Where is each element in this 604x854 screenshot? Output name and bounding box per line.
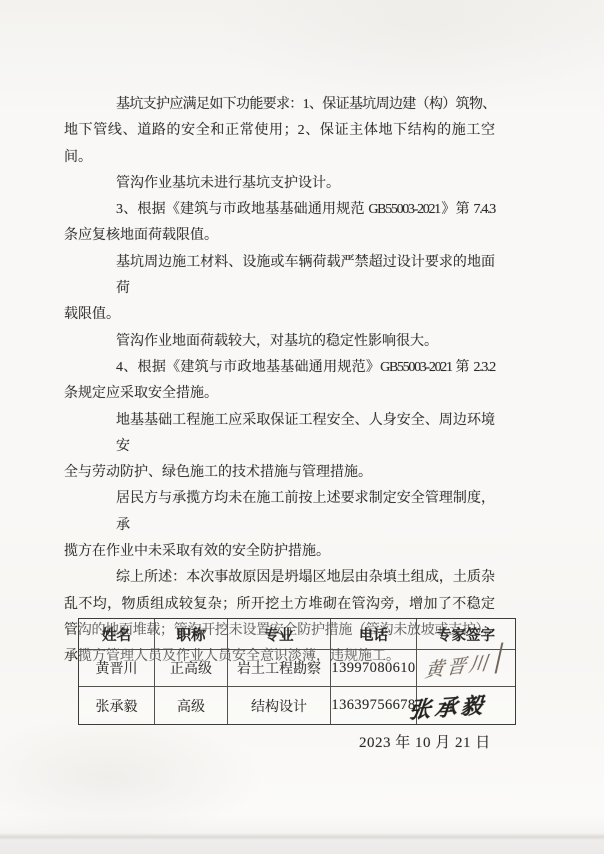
text-line: 乱不均，物质组成较复杂；所开挖土方堆砌在管沟旁，增加了不稳定 bbox=[64, 592, 495, 618]
table-cell-phone: 13997080610 bbox=[331, 650, 417, 687]
text-line: 4、根据《建筑与市政地基基础通用规范》GB55003-2021 第 2.3.2 bbox=[64, 355, 495, 381]
text-line: 地基基础工程施工应采取保证工程安全、人身安全、周边环境安 bbox=[64, 408, 495, 461]
table-cell-name: 黄晋川 bbox=[79, 650, 155, 687]
text-line: 条规定应采取安全措施。 bbox=[64, 381, 495, 407]
handwritten-signature: 黄晋川 bbox=[424, 648, 493, 684]
table-cell-title: 高级 bbox=[155, 687, 228, 724]
table-cell-signature: 张承毅 bbox=[417, 687, 515, 724]
text-line: 基坑支护应满足如下功能要求：1、保证基坑周边建（构）筑物、 bbox=[64, 92, 495, 118]
table-header-specialty: 专业 bbox=[228, 619, 331, 650]
text-line: 间。 bbox=[64, 145, 495, 171]
scanned-document-page: 基坑支护应满足如下功能要求：1、保证基坑周边建（构）筑物、 地下管线、道路的安全… bbox=[0, 0, 604, 854]
report-body-text: 基坑支护应满足如下功能要求：1、保证基坑周边建（构）筑物、 地下管线、道路的安全… bbox=[64, 92, 495, 671]
table-cell-phone: 13639756678 bbox=[331, 687, 417, 724]
text-line: 综上所述：本次事故原因是坍塌区地层由杂填土组成，土质杂 bbox=[64, 565, 495, 591]
text-line: 3、根据《建筑与市政地基基础通用规范 GB55003-2021》第 7.4.3 bbox=[64, 197, 495, 223]
report-date: 2023 年 10 月 21 日 bbox=[359, 731, 491, 752]
table-header-signature: 专家签字 bbox=[417, 619, 515, 650]
table-cell-signature: 黄晋川 bbox=[417, 650, 515, 687]
handwritten-signature: 张承毅 bbox=[407, 688, 488, 725]
text-line: 居民方与承揽方均未在施工前按上述要求制定安全管理制度，承 bbox=[64, 486, 495, 539]
text-line: 地下管线、道路的安全和正常使用；2、保证主体地下结构的施工空 bbox=[64, 118, 495, 144]
text-line: 条应复核地面荷载限值。 bbox=[64, 223, 495, 249]
table-cell-title: 正高级 bbox=[155, 650, 228, 687]
text-line: 管沟作业基坑未进行基坑支护设计。 bbox=[64, 171, 495, 197]
table-header-name: 姓名 bbox=[79, 619, 155, 650]
text-line: 管沟作业地面荷载较大，对基坑的稳定性影响很大。 bbox=[64, 329, 495, 355]
text-line: 基坑周边施工材料、设施或车辆荷载严禁超过设计要求的地面荷 bbox=[64, 250, 495, 303]
text-line: 全与劳动防护、绿色施工的技术措施与管理措施。 bbox=[64, 460, 495, 486]
text-line: 揽方在作业中未采取有效的安全防护措施。 bbox=[64, 539, 495, 565]
table-cell-specialty: 结构设计 bbox=[228, 687, 331, 724]
table-header-title: 职称 bbox=[155, 619, 228, 650]
table-cell-specialty: 岩土工程勘察 bbox=[228, 650, 331, 687]
text-line: 载限值。 bbox=[64, 302, 495, 328]
table-header-phone: 电话 bbox=[331, 619, 417, 650]
table-cell-name: 张承毅 bbox=[79, 687, 155, 724]
experts-signature-table: 姓名 职称 专业 电话 专家签字 黄晋川 正高级 岩土工程勘察 13997080… bbox=[78, 618, 516, 725]
